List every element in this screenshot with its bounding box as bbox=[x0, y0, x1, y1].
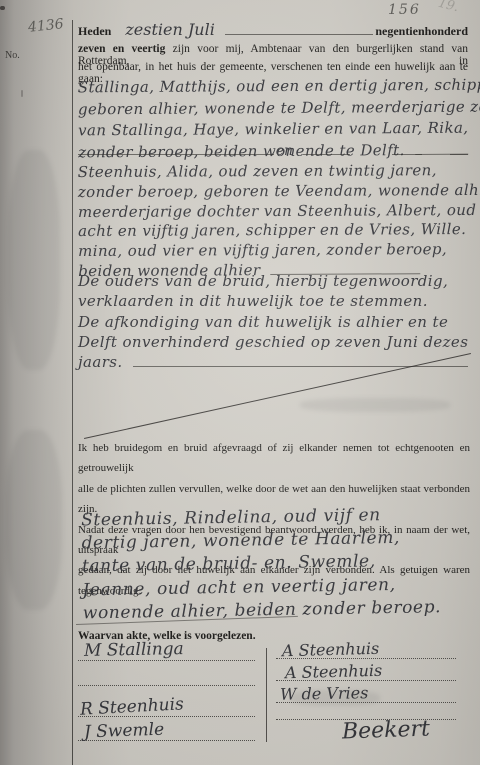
bride-paragraph-line: Steenhuis, Alida, oud zeven en twintig j… bbox=[78, 161, 470, 183]
bride-paragraph-line: mina, oud vier en vijftig jaren, zonder … bbox=[78, 240, 470, 262]
divider-rule bbox=[450, 154, 468, 155]
divider-rule bbox=[392, 154, 422, 155]
handwritten-wedding-date: zestien Juli bbox=[125, 20, 214, 39]
blank-rule bbox=[225, 34, 374, 35]
divider-en: en bbox=[276, 143, 293, 159]
bleed-through-ghost bbox=[8, 150, 60, 370]
printed-heden: Heden bbox=[78, 24, 111, 39]
bride-paragraph-line: meerderjarige dochter van Steenhuis, Alb… bbox=[78, 201, 470, 223]
bride-paragraph-line: acht en vijftig jaren, schipper en de Vr… bbox=[78, 220, 470, 242]
vows-printed-line: Ik heb bruidegom en bruid afgevraagd of … bbox=[78, 438, 470, 479]
printed-negentienhonderd: negentienhonderd bbox=[375, 24, 468, 39]
consent-paragraph-line: De afkondiging van dit huwelijk is alhie… bbox=[78, 312, 470, 332]
signature-column-divider bbox=[266, 648, 267, 742]
signature-bride: A Steenhuis bbox=[282, 639, 380, 661]
scan-speck bbox=[0, 6, 5, 10]
divider-rule bbox=[78, 154, 274, 155]
margin-rule bbox=[72, 20, 73, 765]
printed-year-words: zeven en veertig bbox=[78, 43, 165, 55]
fill-rule bbox=[133, 366, 468, 367]
consent-paragraph-line: verklaarden in dit huwelijk toe te stemm… bbox=[78, 291, 470, 311]
groom-paragraph-line: Stallinga, Matthijs, oud een en dertig j… bbox=[78, 75, 470, 99]
consent-paragraph-line: Delft onverhinderd geschied op zeven Jun… bbox=[78, 332, 470, 352]
consent-paragraph-line: jaars. bbox=[78, 352, 123, 372]
signature-witness-2: J Swemle bbox=[84, 720, 165, 743]
signature-line bbox=[78, 685, 255, 686]
bleed-through-ghost bbox=[6, 430, 62, 610]
signature-groom: M Stallinga bbox=[84, 639, 184, 661]
marriage-certificate-scan: 4136 No. 156 19. Heden zestien Juli nege… bbox=[0, 0, 480, 765]
signature-mother: W de Vries bbox=[280, 683, 369, 704]
consent-paragraph-line: De ouders van de bruid, hierbij tegenwoo… bbox=[78, 271, 470, 291]
corner-pencil-mark: 19. bbox=[436, 0, 460, 15]
groom-paragraph-line: geboren alhier, wonende te Delft, meerde… bbox=[78, 96, 470, 120]
no-label: No. bbox=[5, 50, 20, 61]
scan-speck bbox=[21, 90, 23, 97]
signature-official: Beekert bbox=[342, 716, 431, 744]
groom-paragraph-line: van Stallinga, Haye, winkelier en van La… bbox=[78, 118, 470, 142]
divider-rule bbox=[303, 154, 350, 155]
margin-act-number: 4136 bbox=[27, 16, 64, 36]
bleed-through-ghost bbox=[300, 398, 450, 412]
bride-paragraph-line: zonder beroep, geboren te Veendam, wonen… bbox=[78, 181, 470, 203]
page-number-pencil: 156 bbox=[388, 2, 421, 18]
signature-father: A Steenhuis bbox=[285, 661, 383, 683]
